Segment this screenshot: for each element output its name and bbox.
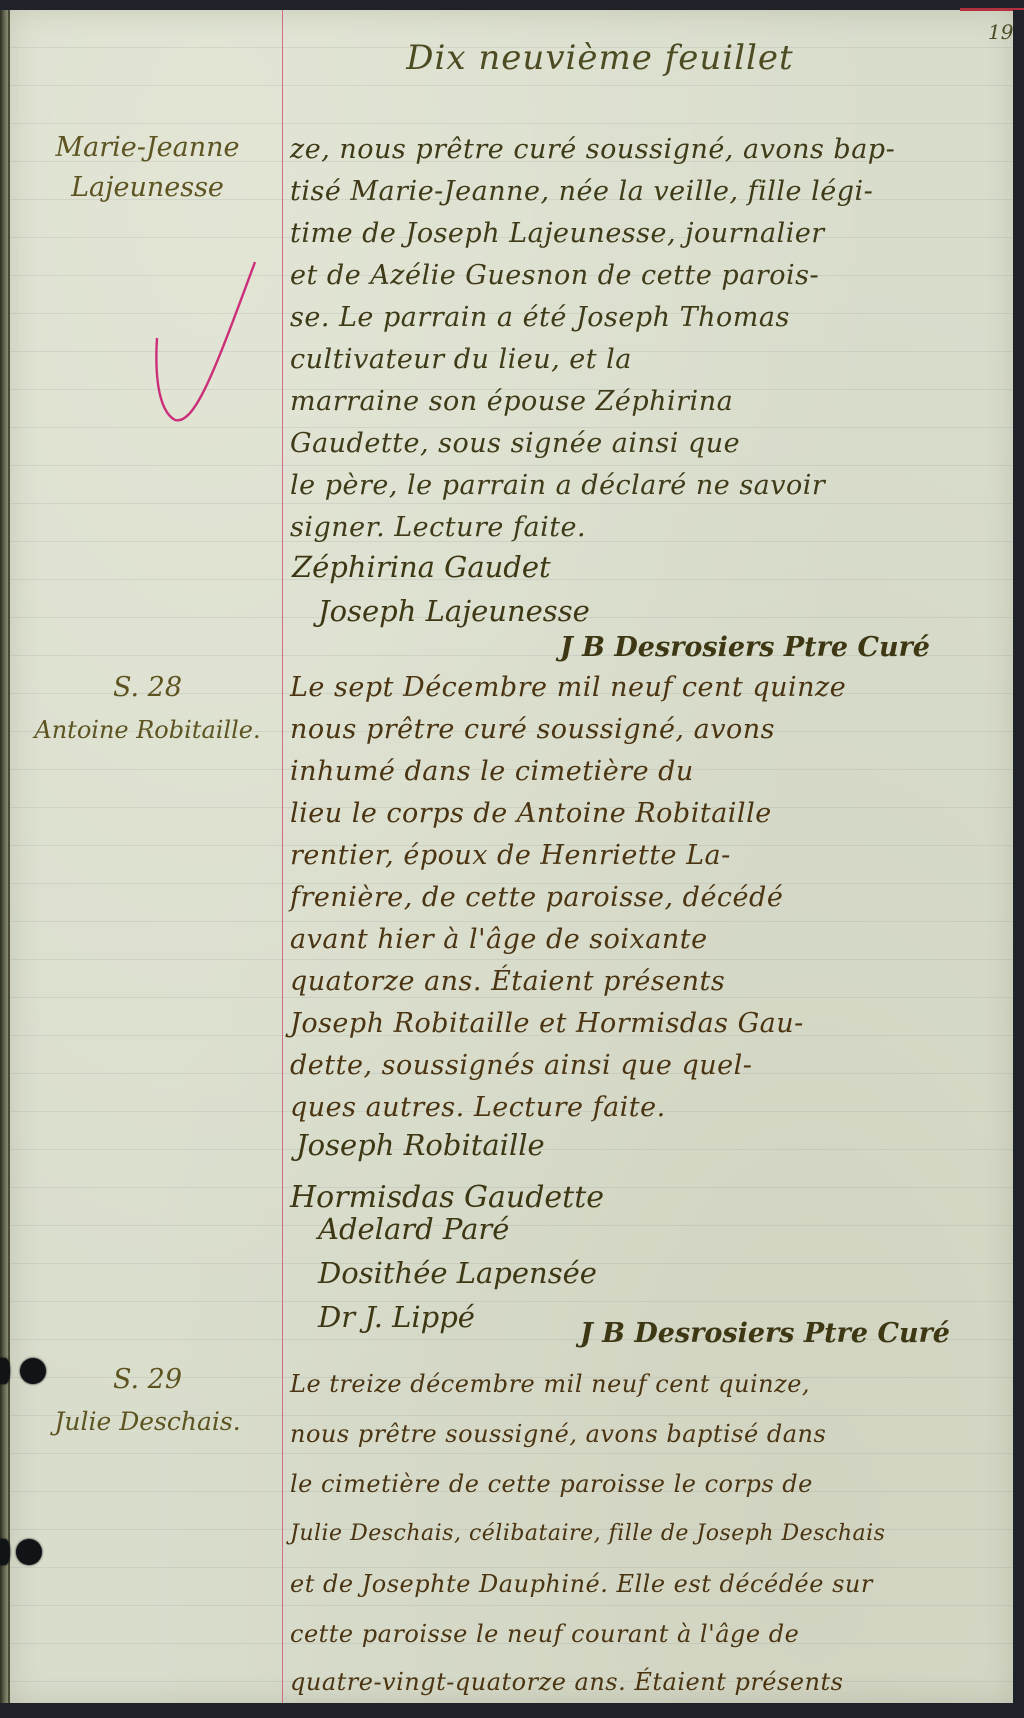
signature: Joseph Robitaille <box>296 1128 545 1162</box>
body-line: quatorze ans. Étaient présents <box>290 962 990 1002</box>
spine-fold-line <box>8 10 10 1703</box>
body-line: inhumé dans le cimetière du <box>290 752 990 792</box>
scan-border-right <box>1013 10 1024 1710</box>
margin-name-line: Antoine Robitaille. <box>20 710 275 750</box>
check-mark-icon <box>145 260 265 430</box>
signature: Hormisdas Gaudette <box>290 1180 604 1215</box>
body-line: Le treize décembre mil neuf cent quinze, <box>290 1364 990 1404</box>
entry-number: S. 29 <box>20 1360 275 1400</box>
body-line: et de Azélie Guesnon de cette parois- <box>290 256 990 296</box>
signature: Dosithée Lapensée <box>318 1256 597 1290</box>
body-line: rentier, époux de Henriette La- <box>290 836 990 876</box>
signature: Joseph Lajeunesse <box>318 594 590 628</box>
body-line: dette, soussignés ainsi que quel- <box>290 1046 990 1086</box>
margin-rule-line <box>282 10 283 1703</box>
margin-name-line: Lajeunesse <box>20 168 275 208</box>
body-line: ze, nous prêtre curé soussigné, avons ba… <box>290 130 990 170</box>
binder-hole-icon <box>0 1358 10 1384</box>
body-line: nous prêtre curé soussigné, avons <box>290 710 990 750</box>
margin-name-line: Marie-Jeanne <box>20 128 275 168</box>
binder-hole-icon <box>0 1539 10 1565</box>
body-line: Joseph Robitaille et Hormisdas Gau- <box>290 1004 990 1044</box>
signature-priest: J B Desrosiers Ptre Curé <box>580 1318 950 1349</box>
body-line: lieu le corps de Antoine Robitaille <box>290 794 990 834</box>
body-line: Le sept Décembre mil neuf cent quinze <box>290 668 990 708</box>
body-line: marraine son épouse Zéphirina <box>290 382 990 422</box>
entry-number: S. 28 <box>20 668 275 708</box>
binder-hole-icon <box>16 1539 42 1565</box>
body-line: quatre-vingt-quatorze ans. Étaient prése… <box>290 1662 990 1702</box>
signature: Zéphirina Gaudet <box>292 550 551 584</box>
signature: Dr J. Lippé <box>318 1300 475 1334</box>
body-line: nous prêtre soussigné, avons baptisé dan… <box>290 1414 990 1454</box>
body-line: Gaudette, sous signée ainsi que <box>290 424 990 464</box>
body-line: cultivateur du lieu, et la <box>290 340 990 380</box>
body-line: le cimetière de cette paroisse le corps … <box>290 1464 990 1504</box>
body-line: ques autres. Lecture faite. <box>290 1088 990 1128</box>
signature-priest: J B Desrosiers Ptre Curé <box>560 632 930 663</box>
body-line: tisé Marie-Jeanne, née la veille, fille … <box>290 172 990 212</box>
body-line: avant hier à l'âge de soixante <box>290 920 990 960</box>
signature: Adelard Paré <box>318 1212 509 1246</box>
body-line: et de Josephte Dauphiné. Elle est décédé… <box>290 1564 990 1604</box>
body-line: le père, le parrain a déclaré ne savoir <box>290 466 990 506</box>
page-title: Dix neuvième feuillet <box>340 38 860 78</box>
page-number: 19 <box>988 20 1013 44</box>
margin-name-line: Julie Deschais. <box>20 1402 275 1442</box>
body-line: se. Le parrain a été Joseph Thomas <box>290 298 990 338</box>
body-line: time de Joseph Lajeunesse, journalier <box>290 214 990 254</box>
body-line: Julie Deschais, célibataire, fille de Jo… <box>290 1514 990 1554</box>
body-line: frenière, de cette paroisse, décédé <box>290 878 990 918</box>
body-line: signer. Lecture faite. <box>290 508 990 548</box>
body-line: cette paroisse le neuf courant à l'âge d… <box>290 1614 990 1654</box>
